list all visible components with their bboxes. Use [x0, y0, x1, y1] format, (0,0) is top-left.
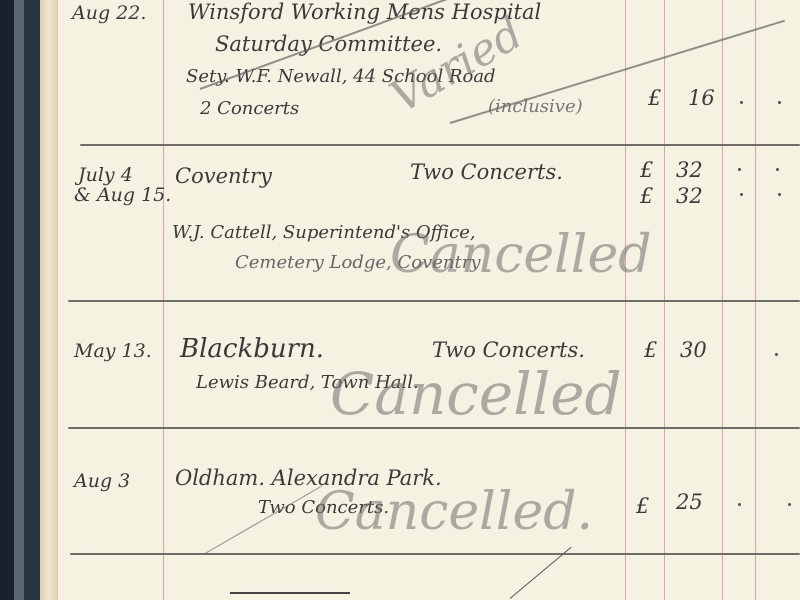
amount: 30 [680, 338, 707, 362]
entry-line: Two Concerts. [410, 160, 563, 184]
binding-ribbon [14, 0, 24, 600]
binding-cover [24, 0, 40, 600]
currency-symbol: £ [644, 338, 657, 362]
dot-mark [778, 101, 781, 104]
ink-stroke [230, 592, 350, 594]
entry-date: May 13. [74, 340, 152, 362]
dot-mark [738, 168, 741, 171]
entry-separator [68, 300, 800, 302]
entry-date: Aug 22. [72, 2, 146, 24]
dot-mark [740, 193, 743, 196]
dot-mark [788, 503, 791, 506]
pencil-annotation: Cancelled [330, 360, 622, 428]
amount: 32 [676, 158, 703, 182]
dot-mark [776, 168, 779, 171]
pencil-annotation: Cancelled. [315, 482, 593, 542]
entry-line: Coventry [175, 164, 272, 188]
dot-mark [775, 353, 778, 356]
dot-mark [740, 101, 743, 104]
entry-date: Aug 3 [74, 470, 130, 492]
entry-separator [70, 553, 800, 555]
book-binding [0, 0, 14, 600]
entry-date-2: & Aug 15. [74, 184, 171, 206]
page-edge [40, 0, 60, 600]
amount: 16 [688, 86, 715, 110]
amount: 25 [676, 490, 703, 514]
amount: 32 [676, 184, 703, 208]
entry-separator [80, 144, 800, 146]
entry-line: Blackburn. [180, 334, 324, 364]
currency-symbol: £ [648, 86, 661, 110]
dot-mark [738, 503, 741, 506]
entry-line: 2 Concerts [200, 98, 299, 119]
currency-symbol: £ [640, 184, 653, 208]
pencil-annotation: Cancelled [390, 225, 652, 285]
currency-symbol: £ [636, 494, 649, 518]
currency-symbol: £ [640, 158, 653, 182]
entry-line: Saturday Committee. [215, 32, 442, 56]
entry-date: July 4 [78, 164, 133, 186]
dot-mark [778, 193, 781, 196]
entry-line: Two Concerts. [432, 338, 585, 362]
